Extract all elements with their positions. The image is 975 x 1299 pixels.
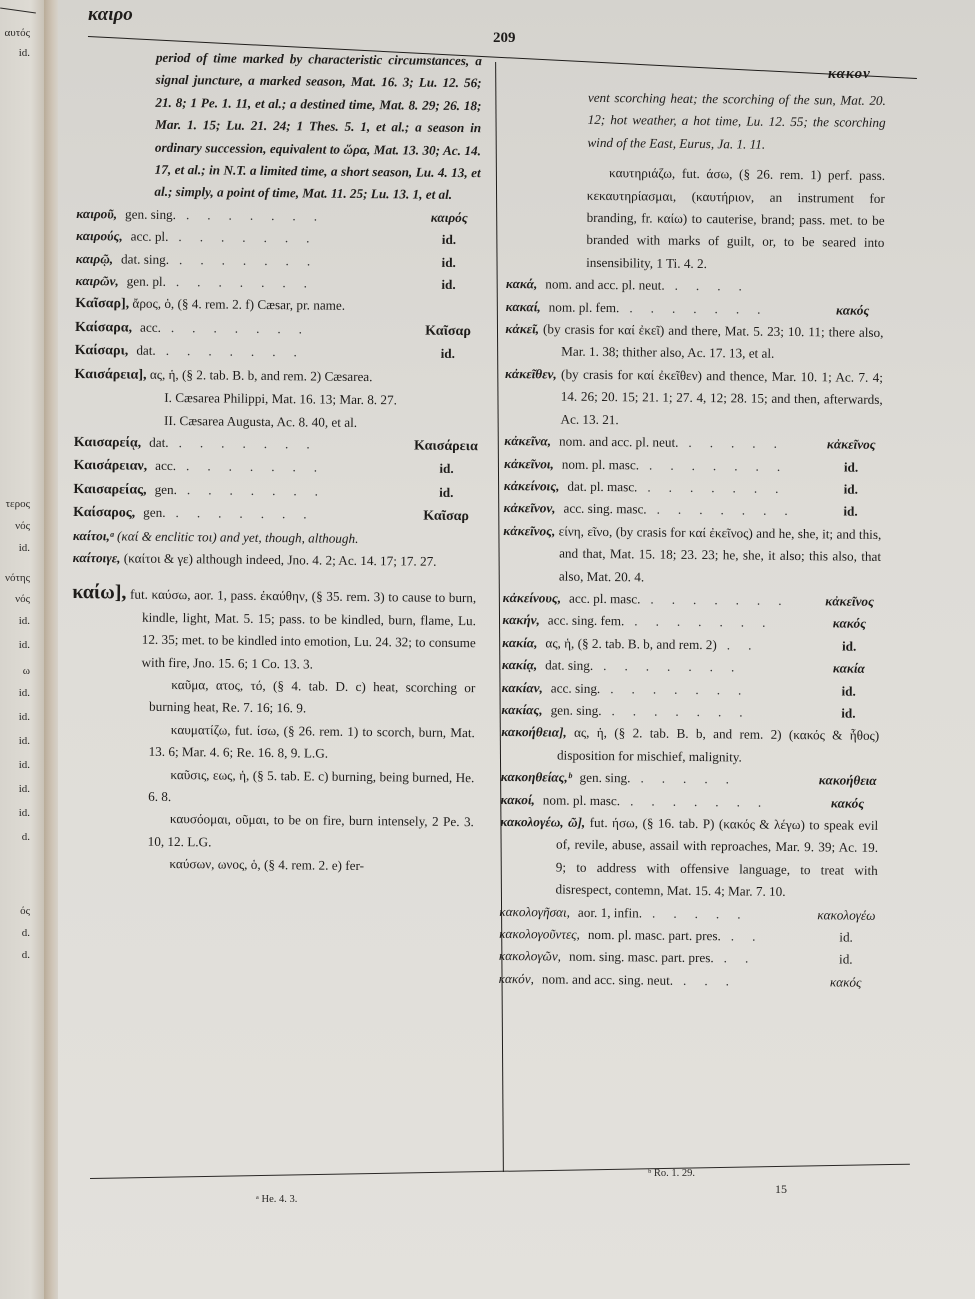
- definition: (by crasis for καί ἐκεῖ) and there, Mat.…: [543, 321, 884, 361]
- leader-dots: .....: [630, 768, 816, 792]
- leader-dots: .......: [640, 588, 818, 612]
- leader-dots: .......: [156, 340, 417, 365]
- margin-text: ω: [23, 666, 30, 677]
- lemma-ref: id.: [818, 680, 880, 703]
- parsing: acc. sing. fem.: [548, 610, 625, 633]
- leader-dots: .......: [601, 700, 817, 725]
- leader-dots: ..: [714, 948, 815, 971]
- parsing: dat. pl. masc.: [567, 476, 637, 499]
- lemma-ref: Καῖσαρ: [415, 506, 477, 529]
- headword: κακαί,: [506, 296, 541, 319]
- lemma-ref: κακοήθεια: [817, 769, 879, 792]
- leader-dots: .......: [177, 479, 416, 504]
- margin-text: τερος: [6, 499, 30, 510]
- leader-dots: ....: [665, 275, 822, 299]
- headword: καιρῷ,: [76, 248, 114, 271]
- entry-kaisar: Καῖσαρ], ἄρος, ὁ, (§ 4. rem. 2. f) Cæsar…: [75, 292, 479, 320]
- lemma-ref: καιρός: [418, 206, 480, 229]
- margin-text: id.: [19, 784, 30, 795]
- leader-dots: .......: [169, 249, 418, 274]
- parsing: gen. pl.: [127, 271, 166, 294]
- headword: κἀκείνους,: [503, 587, 562, 610]
- parsing: dat.: [149, 432, 169, 455]
- signature-mark: 15: [775, 1182, 787, 1197]
- lemma-ref: id.: [415, 481, 477, 504]
- headword: κακόν,: [499, 968, 535, 991]
- entry-row: Καισάρειαν, acc. ....... id.: [73, 454, 477, 482]
- parsing: acc. sing. masc.: [563, 498, 646, 521]
- footnote-b: ᵇ Ro. 1. 29.: [648, 1168, 695, 1179]
- parsing: aor. 1, infin.: [578, 901, 642, 924]
- definition: ἄρος, ὁ, (§ 4. rem. 2. f) Cæsar, pr. nam…: [132, 296, 345, 313]
- headword: καιρούς,: [76, 225, 123, 248]
- headword: κἀκεῖνον,: [503, 497, 555, 520]
- leader-dots: .....: [678, 432, 820, 456]
- headword: Καίσαρα,: [75, 317, 132, 340]
- headword: κακοί,: [500, 789, 535, 812]
- parsing: nom. pl. fem.: [549, 296, 620, 319]
- parsing: acc. pl.: [131, 226, 169, 249]
- headword: κἀκεῖ,: [505, 321, 539, 336]
- headword: κακίᾳ,: [502, 654, 538, 677]
- headword: κἀκεῖνος,: [503, 523, 555, 539]
- headword: κἀκεῖνοι,: [504, 452, 554, 475]
- lemma-ref: κἀκεῖνος: [819, 590, 881, 613]
- running-head-left: καιρο: [88, 4, 133, 26]
- lemma-ref: [822, 292, 884, 293]
- entry-kaumatizo: καυματίζω, fut. ίσω, (§ 26. rem. 1) to s…: [70, 718, 474, 767]
- margin-text: id.: [19, 688, 30, 699]
- margin-text: id.: [19, 543, 30, 554]
- lemma-ref: id.: [815, 926, 877, 949]
- parsing: gen. sing.: [551, 699, 602, 722]
- headword: καίτοι,ᵃ: [73, 528, 114, 543]
- headword: Καισάρειαν,: [73, 455, 147, 478]
- leader-dots: .......: [600, 678, 818, 703]
- lemma-ref: id.: [818, 635, 880, 658]
- margin-text: id.: [19, 640, 30, 651]
- lemma-ref: κακολογέω: [815, 904, 877, 927]
- lemma-ref: id.: [820, 456, 882, 479]
- parsing: dat.: [136, 340, 156, 363]
- margin-text: id.: [19, 616, 30, 627]
- entry-continuation: period of time marked by characteristic …: [76, 46, 482, 207]
- definition: (by crasis for καί ἐκεῖθεν) and thence, …: [560, 366, 883, 426]
- headword: κακολογῆσαι,: [499, 901, 570, 924]
- previous-page-edge: αυτός id. τερος νός id. νότης νός id. id…: [0, 0, 44, 1299]
- headword: κακολογοῦντες,: [499, 923, 580, 946]
- headword: Καίσαρι,: [75, 340, 129, 363]
- definition: (καί & enclitic τοι) and yet, though, al…: [117, 528, 359, 546]
- headword: κακοήθεια],: [501, 724, 567, 740]
- margin-text: id.: [19, 808, 30, 819]
- leader-dots: .....: [642, 902, 816, 926]
- headword: Καισαρείας,: [73, 479, 146, 502]
- headword: κακίαν,: [502, 677, 543, 700]
- entry-row: Καισαρείας, gen. ....... id.: [73, 478, 477, 506]
- headword: κακοηθείας,ᵇ: [501, 766, 572, 789]
- margin-text: νός: [15, 594, 30, 605]
- leader-dots: .......: [593, 655, 818, 680]
- margin-text: ός: [20, 906, 30, 917]
- lemma-ref: id.: [417, 343, 479, 366]
- headword: κἀκεῖνα,: [504, 430, 551, 453]
- leader-dots: ..: [721, 925, 816, 948]
- parsing: dat. sing.: [545, 655, 593, 678]
- leader-dots: .......: [168, 432, 414, 457]
- page-number: 209: [493, 30, 516, 47]
- right-column: vent scorching heat; the scorching of th…: [499, 86, 886, 994]
- parsing: acc. sing.: [551, 677, 601, 700]
- parsing: nom. and acc. pl. neut.: [559, 431, 679, 455]
- margin-text: νός: [15, 521, 30, 532]
- entry-row: κἀκεῖνα, nom. and acc. pl. neut. ..... κ…: [504, 430, 882, 456]
- lemma-ref: id.: [819, 501, 881, 524]
- headword: Καῖσαρ],: [75, 296, 129, 312]
- entry-row: Καίσαρος, gen. ....... Καῖσαρ: [73, 501, 477, 529]
- headword: κακήν,: [502, 609, 540, 632]
- leader-dots: .......: [176, 455, 416, 480]
- leader-dots: .......: [624, 611, 818, 635]
- margin-text: id.: [19, 712, 30, 723]
- entry-kakei: κἀκεῖ, (by crasis for καί ἐκεῖ) and ther…: [505, 318, 883, 367]
- entry-kausoomai: καυσόομαι, οῦμαι, to be on fire, burn in…: [70, 807, 474, 856]
- leader-dots: .......: [168, 226, 418, 251]
- headword: καιροῦ,: [76, 203, 117, 226]
- lemma-ref: id.: [817, 702, 879, 725]
- margin-text: id.: [19, 48, 30, 59]
- headword: καιρῶν,: [75, 270, 118, 293]
- lemma-ref: κακός: [815, 971, 877, 994]
- headword: κακά,: [506, 273, 538, 296]
- lemma-ref: id.: [415, 458, 477, 481]
- lemma-ref: id.: [418, 251, 480, 274]
- definition: ας, ἡ, (§ 2. tab. B. b, and rem. 2) Cæsa…: [150, 366, 373, 383]
- entry-kausteriazo: καυτηριάζω, fut. άσω, (§ 26. rem. 1) per…: [506, 161, 885, 277]
- entry-kakeinos: κἀκεῖνος, είνη, εῖνο, (by crasis for καί…: [503, 520, 882, 591]
- leader-dots: .......: [161, 317, 417, 342]
- parsing: dat. sing.: [121, 248, 169, 271]
- entry-kauson: καύσων, ωνος, ὁ, (§ 4. rem. 2. e) fer-: [69, 852, 473, 879]
- entry-continuation: vent scorching heat; the scorching of th…: [507, 86, 886, 157]
- margin-text: αυτός: [5, 28, 31, 39]
- book-gutter: [44, 0, 58, 1299]
- leader-dots: .......: [166, 271, 418, 296]
- parsing: ας, ἡ, (§ 2. tab. B. b, and rem. 2): [545, 632, 717, 656]
- entry-kausis: καῦσις, εως, ἡ, (§ 5. tab. E. c) burning…: [70, 763, 474, 812]
- lemma-ref: κακός: [816, 792, 878, 815]
- entry-kakeithen: κἀκεῖθεν, (by crasis for καί ἐκεῖθεν) an…: [504, 363, 883, 434]
- previous-page-rule: [0, 7, 36, 13]
- entry-kaitoige: καίτοιγε, (καίτοι & γε) although indeed,…: [73, 547, 477, 574]
- entry-kakoetheia: κακοήθεια], ας, ἡ, (§ 2. tab. B. b, and …: [501, 721, 879, 770]
- leader-dots: .......: [637, 476, 820, 500]
- lemma-ref: Καισάρεια: [414, 435, 478, 458]
- headword: καίω],: [72, 581, 126, 604]
- parsing: nom. pl. masc.: [543, 789, 621, 812]
- definition: fut. ήσω, (§ 16. tab. P) (κακός & λέγω) …: [556, 815, 879, 899]
- left-column: period of time marked by characteristic …: [69, 46, 482, 879]
- lemma-ref: id.: [418, 229, 480, 252]
- definition: fut. καύσω, aor. 1, pass. ἐκαύθην, (§ 35…: [130, 587, 476, 671]
- parsing: gen.: [154, 479, 177, 502]
- margin-text: id.: [19, 760, 30, 771]
- parsing: nom. and acc. sing. neut.: [542, 968, 673, 992]
- leader-dots: .......: [619, 297, 821, 322]
- parsing: acc.: [155, 455, 176, 478]
- lemma-ref: id.: [820, 478, 882, 501]
- lemma-ref: κἀκεῖνος: [820, 433, 882, 456]
- footnote-a: ᵃ He. 4. 3.: [256, 1194, 297, 1205]
- leader-dots: .......: [620, 790, 817, 814]
- lemma-ref: κακός: [818, 613, 880, 636]
- leader-dots: ..: [717, 634, 819, 657]
- entry-row: Καισαρείᾳ, dat. ....... Καισάρεια: [74, 431, 478, 459]
- headword: κακία,: [502, 632, 538, 655]
- leader-dots: .......: [165, 502, 415, 527]
- entry-kaisareia: Καισάρεια], ας, ἡ, (§ 2. tab. B. b, and …: [74, 363, 478, 391]
- margin-text: νότης: [5, 573, 30, 584]
- parsing: gen. sing.: [125, 203, 176, 226]
- parsing: nom. pl. masc.: [562, 453, 640, 476]
- parsing: nom. pl. masc. part. pres.: [588, 924, 721, 948]
- parsing: nom. sing. masc. part. pres.: [569, 946, 714, 970]
- leader-dots: .......: [176, 204, 418, 229]
- parsing: nom. and acc. pl. neut.: [545, 274, 665, 298]
- margin-text: id.: [19, 736, 30, 747]
- definition: (καίτοι & γε) although indeed, Jno. 4. 2…: [124, 550, 437, 568]
- headword: κακολογέω, ῶ],: [500, 814, 585, 830]
- headword: κἀκεῖθεν,: [505, 366, 557, 382]
- headword: κακίας,: [501, 699, 542, 722]
- leader-dots: ...: [673, 970, 815, 994]
- parsing: acc.: [140, 317, 161, 340]
- leader-dots: .......: [639, 454, 820, 478]
- margin-text: d.: [22, 950, 30, 961]
- leader-dots: .......: [647, 499, 820, 523]
- lemma-ref: κακία: [818, 657, 880, 680]
- parsing: acc. pl. masc.: [569, 588, 641, 611]
- headword: καίτοιγε,: [73, 550, 121, 565]
- definition: είνη, εῖνο, (by crasis for καί ἐκεῖνος) …: [559, 523, 882, 584]
- headword: Καισαρείᾳ,: [74, 432, 142, 455]
- entry-kaio: καίω], fut. καύσω, aor. 1, pass. ἐκαύθην…: [71, 581, 476, 677]
- entry-kauma: καῦμα, ατος, τό, (§ 4. tab. D. c) heat, …: [71, 673, 475, 722]
- definition: ας, ἡ, (§ 2. tab. B. b, and rem. 2) (κακ…: [557, 725, 879, 764]
- parsing: gen.: [143, 502, 166, 525]
- parsing: gen. sing.: [579, 767, 630, 790]
- lemma-ref: id.: [417, 274, 479, 297]
- lemma-ref: Καῖσαρ: [417, 320, 479, 343]
- headword: Καίσαρος,: [73, 502, 135, 525]
- entry-kakologeo: κακολογέω, ῶ], fut. ήσω, (§ 16. tab. P) …: [499, 811, 878, 905]
- lemma-ref: id.: [815, 949, 877, 972]
- margin-text: d.: [22, 832, 30, 843]
- headword: κἀκείνοις,: [504, 475, 560, 498]
- lemma-ref: κακός: [822, 299, 884, 322]
- entry-row: κακόν, nom. and acc. sing. neut. ... κακ…: [499, 968, 877, 994]
- headword: Καισάρεια],: [74, 367, 146, 383]
- margin-text: d.: [22, 928, 30, 939]
- headword: κακολογῶν,: [499, 945, 561, 968]
